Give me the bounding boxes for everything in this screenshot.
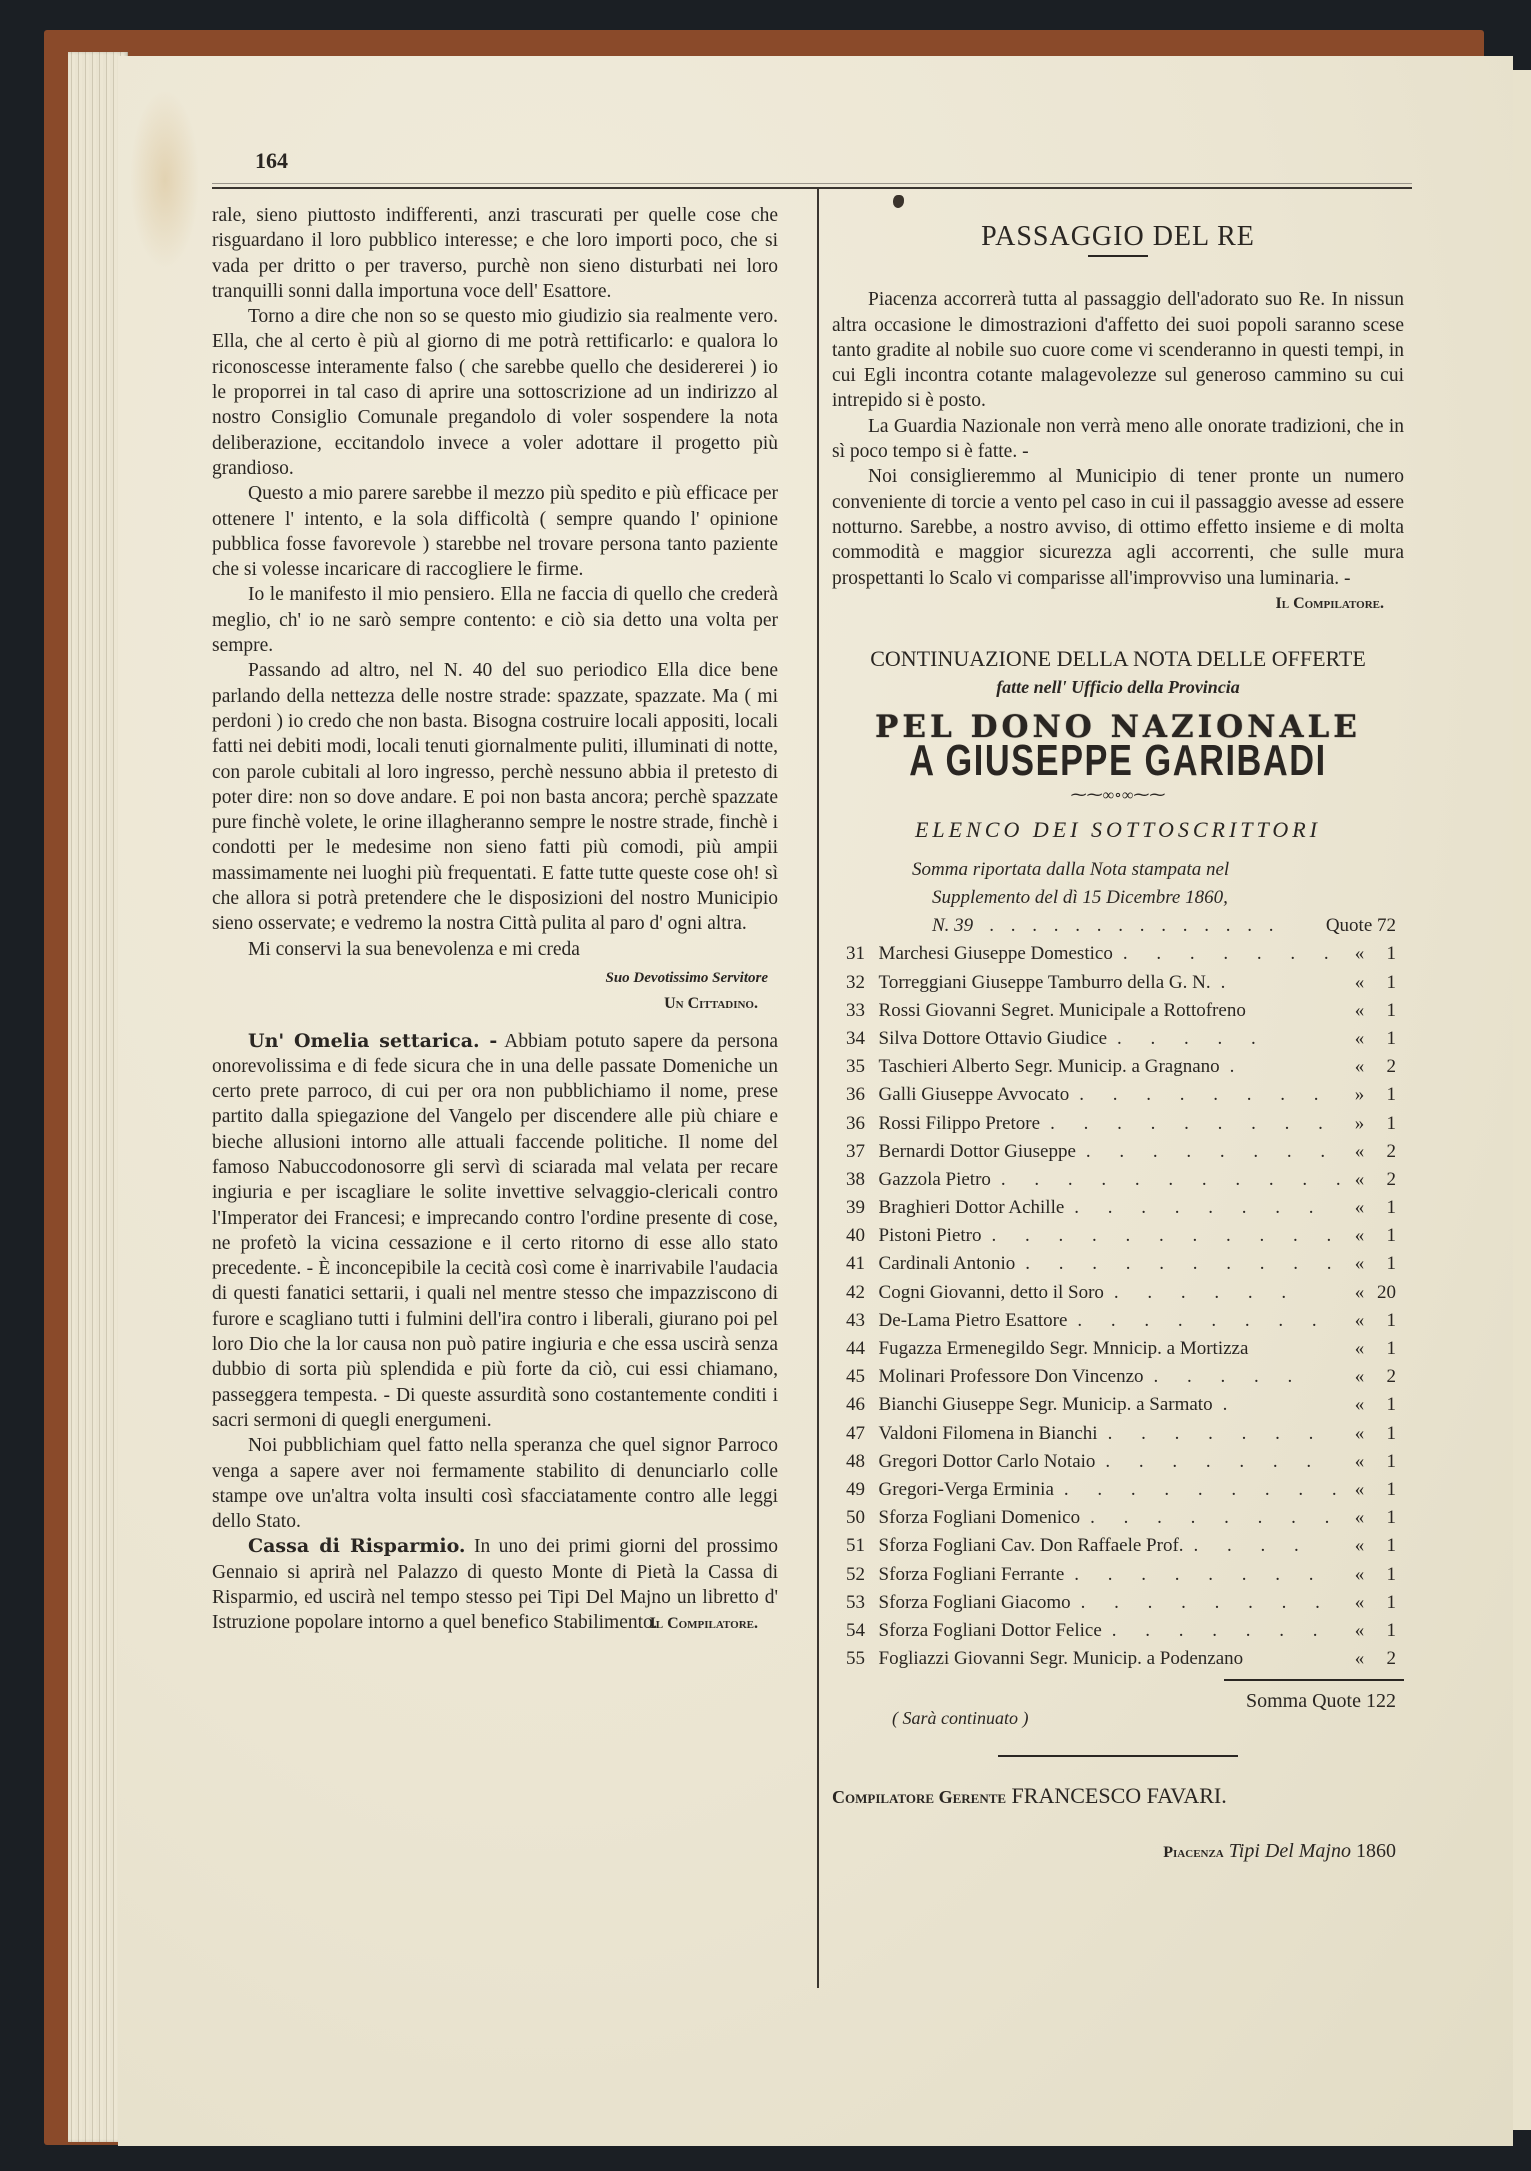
ditto-mark: «: [1353, 1447, 1367, 1475]
table-row: 31Marchesi Giuseppe Domestico. . . . . .…: [832, 940, 1404, 968]
passaggio-paragraph: Noi consiglieremmo al Municipio di tener…: [832, 464, 1404, 590]
subscriber-quotes: 1: [1366, 996, 1404, 1024]
subscriber-number: 36: [832, 1081, 879, 1109]
subscriber-number: 33: [832, 996, 879, 1024]
passaggio-signature: Il Compilatore.: [832, 591, 1404, 616]
ditto-mark: «: [1353, 1025, 1367, 1053]
table-row: 45Molinari Professore Don Vincenzo. . . …: [832, 1363, 1404, 1391]
subscriber-number: 36: [832, 1109, 879, 1137]
table-row: 36Galli Giuseppe Avvocato. . . . . . . .…: [832, 1081, 1404, 1109]
ditto-mark: «: [1353, 1616, 1367, 1644]
subscriber-quotes: 1: [1366, 1194, 1404, 1222]
subscriber-quotes: 2: [1366, 1137, 1404, 1165]
leader-dots: . . . . . . . . . .: [1015, 1253, 1343, 1274]
name-text: Gazzola Pietro: [879, 1169, 991, 1190]
subscriber-name: Galli Giuseppe Avvocato. . . . . . . .: [879, 1081, 1353, 1109]
subscriber-quotes: 1: [1366, 1025, 1404, 1053]
letter-paragraph: Mi conservi la sua benevolenza e mi cred…: [212, 937, 778, 962]
letter-paragraph: Io le manifesto il mio pensiero. Ella ne…: [212, 582, 778, 658]
subscriber-quotes: 1: [1366, 1222, 1404, 1250]
leader-dots: .: [1220, 1056, 1247, 1077]
leader-dots: .: [1211, 972, 1238, 993]
subscriber-number: 38: [832, 1165, 879, 1193]
letter-paragraph: rale, sieno piuttosto indifferenti, anzi…: [212, 203, 778, 304]
letter-paragraph: Passando ad altro, nel N. 40 del suo per…: [212, 658, 778, 936]
leader-dots: [1246, 1000, 1256, 1021]
leader-dots: . . . . . . .: [1095, 1451, 1323, 1472]
passaggio-title: PASSAGGIO DEL RE: [832, 224, 1404, 249]
name-text: Sforza Fogliani Giacomo: [879, 1592, 1071, 1613]
subscriber-number: 51: [832, 1532, 879, 1560]
subscriber-number: 44: [832, 1335, 879, 1363]
subscriber-quotes: 1: [1366, 1391, 1404, 1419]
subscriber-number: 47: [832, 1419, 879, 1447]
cassa-title: Cassa di Risparmio.: [248, 1535, 466, 1557]
name-text: Rossi Filippo Pretore: [879, 1113, 1041, 1134]
omelia-article: Un' Omelia settarica. - Abbiam potuto sa…: [212, 1029, 778, 1434]
table-row: 47Valdoni Filomena in Bianchi. . . . . .…: [832, 1419, 1404, 1447]
subscriber-name: Cardinali Antonio. . . . . . . . . .: [879, 1250, 1353, 1278]
left-column: rale, sieno piuttosto indifferenti, anzi…: [212, 203, 778, 1636]
subscriber-number: 52: [832, 1560, 879, 1588]
subscriber-quotes: 20: [1366, 1278, 1404, 1306]
subscriber-name: Cogni Giovanni, detto il Soro. . . . . .: [879, 1278, 1353, 1306]
ditto-mark: «: [1353, 1137, 1367, 1165]
table-row: 54Sforza Fogliani Dottor Felice. . . . .…: [832, 1616, 1404, 1644]
offerte-subtitle: fatte nell' Ufficio della Provincia: [832, 675, 1404, 700]
passaggio-paragraph: Piacenza accorrerà tutta al passaggio de…: [832, 287, 1404, 413]
subscriber-name: Taschieri Alberto Segr. Municip. a Gragn…: [879, 1053, 1353, 1081]
column-divider: [817, 188, 819, 1988]
header-rule-thin: [212, 183, 1412, 184]
ditto-mark: «: [1353, 1645, 1367, 1673]
subscriber-number: 46: [832, 1391, 879, 1419]
dedicatee-heading: A GIUSEPPE GARIBADI: [895, 748, 1341, 773]
imprint-printer: Tipi Del Majno: [1229, 1840, 1351, 1862]
ditto-mark: «: [1353, 940, 1367, 968]
ditto-mark: «: [1353, 1278, 1367, 1306]
right-column: PASSAGGIO DEL RE Piacenza accorrerà tutt…: [832, 218, 1404, 1865]
title-dash: [1088, 255, 1148, 257]
name-text: Bernardi Dottor Giuseppe: [879, 1141, 1076, 1162]
omelia-followup: Noi pubblichiam quel fatto nella speranz…: [212, 1433, 778, 1534]
subscriber-number: 39: [832, 1194, 879, 1222]
subscriber-number: 48: [832, 1447, 879, 1475]
omelia-title: Un' Omelia settarica. -: [248, 1030, 497, 1052]
leader-dots: . . . . . . . . . . . . . .: [973, 912, 1326, 940]
name-text: Sforza Fogliani Ferrante: [879, 1564, 1065, 1585]
carried-label: N. 39: [932, 912, 973, 940]
leader-dots: . . . . . . . .: [1067, 1310, 1328, 1331]
subscriber-quotes: 1: [1366, 940, 1404, 968]
table-row: 52Sforza Fogliani Ferrante. . . . . . . …: [832, 1560, 1404, 1588]
leader-dots: . . . . . . . .: [1071, 1592, 1332, 1613]
subscriber-number: 53: [832, 1588, 879, 1616]
name-text: Cogni Giovanni, detto il Soro: [879, 1282, 1104, 1303]
ditto-mark: «: [1353, 1532, 1367, 1560]
name-text: Molinari Professore Don Vincenzo: [879, 1366, 1144, 1387]
subscriber-name: Gregori Dottor Carlo Notaio. . . . . . .: [879, 1447, 1353, 1475]
subscriber-number: 45: [832, 1363, 879, 1391]
subscriber-name: Pistoni Pietro. . . . . . . . . . .: [879, 1222, 1353, 1250]
subscriber-quotes: 2: [1366, 1645, 1404, 1673]
subscriber-quotes: 1: [1366, 1081, 1404, 1109]
subscriber-quotes: 1: [1366, 1476, 1404, 1504]
letter-paragraph: Questo a mio parere sarebbe il mezzo più…: [212, 481, 778, 582]
ditto-mark: «: [1353, 1250, 1367, 1278]
ditto-mark: «: [1353, 1419, 1367, 1447]
table-row: 40Pistoni Pietro. . . . . . . . . . .«1: [832, 1222, 1404, 1250]
footer-rule: [998, 1755, 1238, 1757]
subscriber-number: 32: [832, 968, 879, 996]
page-number: 164: [255, 148, 288, 174]
subscriber-name: Bernardi Dottor Giuseppe. . . . . . . .: [879, 1137, 1353, 1165]
table-row: 34Silva Dottore Ottavio Giudice. . . . .…: [832, 1025, 1404, 1053]
total-rule: [1224, 1679, 1404, 1681]
leader-dots: . . . . .: [1107, 1028, 1268, 1049]
imprint-year: 1860: [1356, 1840, 1396, 1862]
editor-name: FRANCESCO FAVARI.: [1012, 1783, 1227, 1808]
name-text: Gregori Dottor Carlo Notaio: [879, 1451, 1096, 1472]
ditto-mark: »: [1353, 1109, 1367, 1137]
name-text: Sforza Fogliani Domenico: [879, 1507, 1081, 1528]
leader-dots: . . . . . . . . .: [1054, 1479, 1349, 1500]
leader-dots: . . . . . . . .: [1076, 1141, 1337, 1162]
subscriber-name: De-Lama Pietro Esattore. . . . . . . .: [879, 1306, 1353, 1334]
table-row: 35Taschieri Alberto Segr. Municip. a Gra…: [832, 1053, 1404, 1081]
subscriber-quotes: 2: [1366, 1363, 1404, 1391]
subscriber-name: Fogliazzi Giovanni Segr. Municip. a Pode…: [879, 1645, 1353, 1673]
name-text: De-Lama Pietro Esattore: [879, 1310, 1068, 1331]
subscriber-number: 54: [832, 1616, 879, 1644]
name-text: Sforza Fogliani Cav. Don Raffaele Prof.: [879, 1535, 1184, 1556]
leader-dots: . . . . . . .: [1098, 1423, 1326, 1444]
table-row: 39Braghieri Dottor Achille. . . . . . . …: [832, 1194, 1404, 1222]
subscriber-quotes: 2: [1366, 1165, 1404, 1193]
subscriber-name: Rossi Filippo Pretore. . . . . . . . .: [879, 1109, 1353, 1137]
editor-label: Compilatore Gerente: [832, 1787, 1006, 1807]
subscriber-number: 37: [832, 1137, 879, 1165]
subscriber-name: Torreggiani Giuseppe Tamburro della G. N…: [879, 968, 1353, 996]
name-text: Marchesi Giuseppe Domestico: [879, 943, 1113, 964]
imprint-city: Piacenza: [1163, 1844, 1224, 1861]
ditto-mark: «: [1353, 1165, 1367, 1193]
ditto-mark: «: [1353, 1504, 1367, 1532]
subscriber-name: Sforza Fogliani Domenico. . . . . . . .: [879, 1504, 1353, 1532]
name-text: Gregori-Verga Erminia: [879, 1479, 1054, 1500]
subscriber-number: 41: [832, 1250, 879, 1278]
name-text: Bianchi Giuseppe Segr. Municip. a Sarmat…: [879, 1394, 1213, 1415]
subscriber-number: 49: [832, 1476, 879, 1504]
ditto-mark: «: [1353, 968, 1367, 996]
name-text: Cardinali Antonio: [879, 1253, 1016, 1274]
leader-dots: . . . . . . . .: [1064, 1197, 1325, 1218]
subscriber-name: Gregori-Verga Erminia. . . . . . . . .: [879, 1476, 1353, 1504]
carried-sum-intro: Somma riportata dalla Nota stampata nel: [832, 856, 1404, 884]
subscriber-name: Fugazza Ermenegildo Segr. Mnnicip. a Mor…: [879, 1335, 1353, 1363]
leader-dots: . . . . .: [1144, 1366, 1305, 1387]
name-text: Fogliazzi Giovanni Segr. Municip. a Pode…: [879, 1648, 1244, 1669]
letter-paragraph: Torno a dire che non so se questo mio gi…: [212, 304, 778, 481]
leader-dots: . . . . . . . . .: [1040, 1113, 1335, 1134]
table-row: 44Fugazza Ermenegildo Segr. Mnnicip. a M…: [832, 1335, 1404, 1363]
table-row: 48Gregori Dottor Carlo Notaio. . . . . .…: [832, 1447, 1404, 1475]
leader-dots: . . . . . . . .: [1064, 1564, 1325, 1585]
ditto-mark: «: [1353, 1363, 1367, 1391]
name-text: Rossi Giovanni Segret. Municipale a Rott…: [879, 1000, 1246, 1021]
subscriber-number: 55: [832, 1645, 879, 1673]
subscriber-quotes: 1: [1366, 1419, 1404, 1447]
subscriber-quotes: 1: [1366, 1447, 1404, 1475]
table-row: 42Cogni Giovanni, detto il Soro. . . . .…: [832, 1278, 1404, 1306]
name-text: Valdoni Filomena in Bianchi: [879, 1423, 1098, 1444]
table-row: 33Rossi Giovanni Segret. Municipale a Ro…: [832, 996, 1404, 1024]
leader-dots: . . . . . . .: [1102, 1620, 1330, 1641]
carried-value: Quote 72: [1326, 912, 1404, 940]
leader-dots: . . . . . . . . . . .: [981, 1225, 1343, 1246]
name-text: Taschieri Alberto Segr. Municip. a Gragn…: [879, 1056, 1220, 1077]
imprint-line: Piacenza Tipi Del Majno 1860: [832, 1839, 1404, 1865]
subscriber-name: Sforza Fogliani Cav. Don Raffaele Prof..…: [879, 1532, 1353, 1560]
table-row: 43De-Lama Pietro Esattore. . . . . . . .…: [832, 1306, 1404, 1334]
ditto-mark: «: [1353, 996, 1367, 1024]
subscriber-quotes: 1: [1366, 1109, 1404, 1137]
editor-line: Compilatore Gerente FRANCESCO FAVARI.: [832, 1783, 1404, 1810]
leader-dots: . . . . . . . .: [1080, 1507, 1341, 1528]
subscriber-quotes: 1: [1366, 1616, 1404, 1644]
water-stain: [130, 90, 200, 270]
subscriber-name: Valdoni Filomena in Bianchi. . . . . . .: [879, 1419, 1353, 1447]
subscriber-name: Marchesi Giuseppe Domestico. . . . . . .: [879, 940, 1353, 968]
subscriber-name: Sforza Fogliani Giacomo. . . . . . . .: [879, 1588, 1353, 1616]
leader-dots: [1248, 1338, 1258, 1359]
table-row: 51Sforza Fogliani Cav. Don Raffaele Prof…: [832, 1532, 1404, 1560]
carried-sum-intro: Supplemento del dì 15 Dicembre 1860,: [832, 884, 1404, 912]
ditto-mark: «: [1353, 1391, 1367, 1419]
list-title: ELENCO DEI SOTTOSCRITTORI: [832, 817, 1404, 842]
leader-dots: [1243, 1648, 1253, 1669]
name-text: Braghieri Dottor Achille: [879, 1197, 1065, 1218]
subscriber-quotes: 1: [1366, 1588, 1404, 1616]
flourish-ornament: ⁓⁓∞∘∞⁓⁓: [832, 783, 1404, 808]
name-text: Fugazza Ermenegildo Segr. Mnnicip. a Mor…: [879, 1338, 1249, 1359]
subscriber-name: Gazzola Pietro. . . . . . . . . . .: [879, 1165, 1353, 1193]
table-row: 38Gazzola Pietro. . . . . . . . . . .«2: [832, 1165, 1404, 1193]
leader-dots: . . . . . . . .: [1069, 1084, 1330, 1105]
leader-dots: . . . . . . .: [1113, 943, 1341, 964]
subscriber-number: 42: [832, 1278, 879, 1306]
ditto-mark: «: [1353, 1194, 1367, 1222]
table-row: 32Torreggiani Giuseppe Tamburro della G.…: [832, 968, 1404, 996]
subscriber-quotes: 1: [1366, 1504, 1404, 1532]
subscriber-name: Sforza Fogliani Ferrante. . . . . . . .: [879, 1560, 1353, 1588]
leader-dots: .: [1213, 1394, 1240, 1415]
subscriber-quotes: 2: [1366, 1053, 1404, 1081]
subscriber-number: 43: [832, 1306, 879, 1334]
letter-author: Un Cittadino.: [212, 991, 778, 1016]
name-text: Torreggiani Giuseppe Tamburro della G. N…: [879, 972, 1211, 993]
subscriber-quotes: 1: [1366, 968, 1404, 996]
letter-closing: Suo Devotissimo Servitore: [212, 966, 778, 991]
leader-dots: . . . . . . . . . . .: [991, 1169, 1353, 1190]
carried-sum-line: N. 39 . . . . . . . . . . . . . . Quote …: [832, 912, 1404, 940]
omelia-text: Abbiam potuto sapere da persona onorevol…: [212, 1031, 778, 1431]
ditto-mark: «: [1353, 1588, 1367, 1616]
name-text: Sforza Fogliani Dottor Felice: [879, 1620, 1102, 1641]
ditto-mark: «: [1353, 1222, 1367, 1250]
subscriber-number: 40: [832, 1222, 879, 1250]
ditto-mark: «: [1353, 1335, 1367, 1363]
subscriber-name: Bianchi Giuseppe Segr. Municip. a Sarmat…: [879, 1391, 1353, 1419]
subscriber-number: 31: [832, 940, 879, 968]
subscriber-quotes: 1: [1366, 1250, 1404, 1278]
offerte-title: CONTINUAZIONE DELLA NOTA DELLE OFFERTE: [832, 646, 1404, 671]
ditto-mark: «: [1353, 1476, 1367, 1504]
name-text: Pistoni Pietro: [879, 1225, 982, 1246]
subscriber-name: Molinari Professore Don Vincenzo. . . . …: [879, 1363, 1353, 1391]
subscriber-quotes: 1: [1366, 1335, 1404, 1363]
subscriber-number: 50: [832, 1504, 879, 1532]
ditto-mark: »: [1353, 1081, 1367, 1109]
subscriber-name: Rossi Giovanni Segret. Municipale a Rott…: [879, 996, 1353, 1024]
ditto-mark: «: [1353, 1053, 1367, 1081]
table-row: 41Cardinali Antonio. . . . . . . . . .«1: [832, 1250, 1404, 1278]
subscriber-name: Silva Dottore Ottavio Giudice. . . . .: [879, 1025, 1353, 1053]
leader-dots: . . . .: [1184, 1535, 1311, 1556]
subscribers-table: 31Marchesi Giuseppe Domestico. . . . . .…: [832, 940, 1404, 1673]
subscriber-quotes: 1: [1366, 1532, 1404, 1560]
header-rule: [212, 187, 1412, 189]
table-row: 46Bianchi Giuseppe Segr. Municip. a Sarm…: [832, 1391, 1404, 1419]
table-row: 36Rossi Filippo Pretore. . . . . . . . .…: [832, 1109, 1404, 1137]
table-row: 55Fogliazzi Giovanni Segr. Municip. a Po…: [832, 1645, 1404, 1673]
subscriber-quotes: 1: [1366, 1560, 1404, 1588]
subscriber-quotes: 1: [1366, 1306, 1404, 1334]
table-row: 50Sforza Fogliani Domenico. . . . . . . …: [832, 1504, 1404, 1532]
ditto-mark: «: [1353, 1560, 1367, 1588]
subscriber-name: Braghieri Dottor Achille. . . . . . . .: [879, 1194, 1353, 1222]
ditto-mark: «: [1353, 1306, 1367, 1334]
table-row: 53Sforza Fogliani Giacomo. . . . . . . .…: [832, 1588, 1404, 1616]
table-row: 37Bernardi Dottor Giuseppe. . . . . . . …: [832, 1137, 1404, 1165]
subscriber-number: 34: [832, 1025, 879, 1053]
table-row: 49Gregori-Verga Erminia. . . . . . . . .…: [832, 1476, 1404, 1504]
leader-dots: . . . . . .: [1104, 1282, 1298, 1303]
name-text: Galli Giuseppe Avvocato: [879, 1084, 1070, 1105]
name-text: Silva Dottore Ottavio Giudice: [879, 1028, 1107, 1049]
subscriber-name: Sforza Fogliani Dottor Felice. . . . . .…: [879, 1616, 1353, 1644]
subscriber-number: 35: [832, 1053, 879, 1081]
passaggio-paragraph: La Guardia Nazionale non verrà meno alle…: [832, 414, 1404, 465]
